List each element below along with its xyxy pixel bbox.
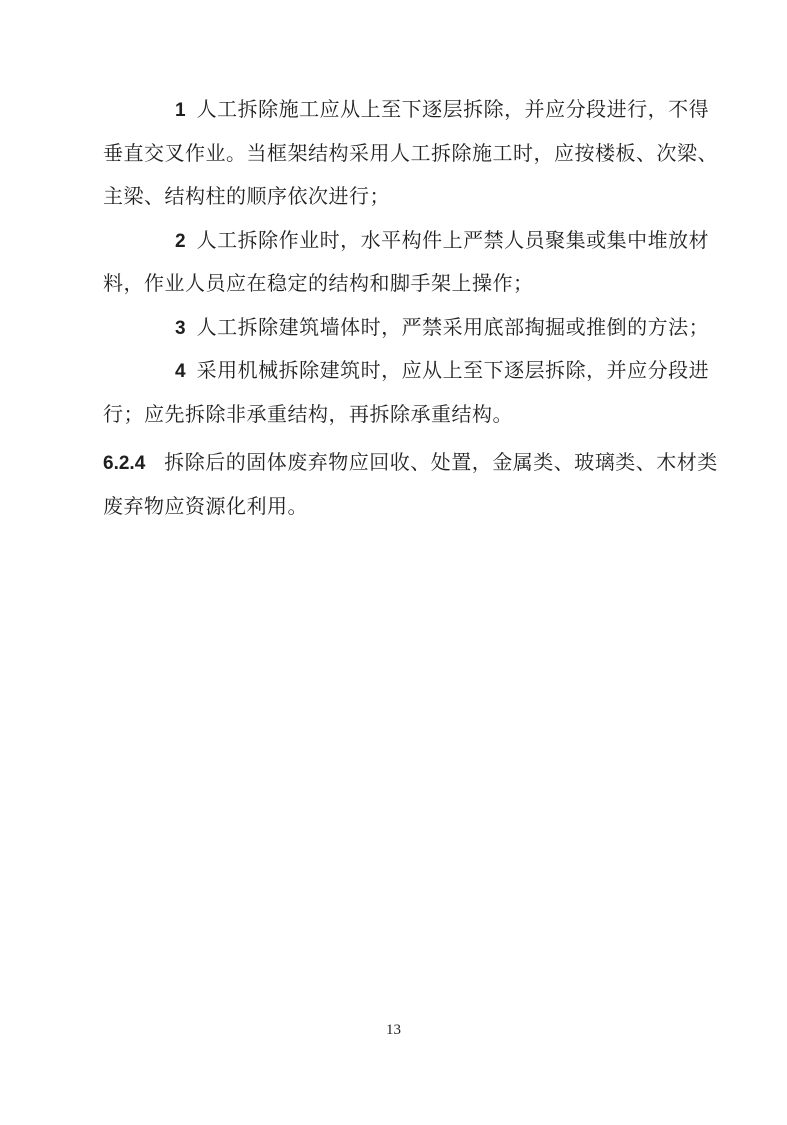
clause-number: 3: [175, 318, 186, 339]
clause-paragraph-1: 1人工拆除施工应从上至下逐层拆除，并应分段进行，不得 垂直交叉作业。当框架结构采…: [103, 89, 691, 220]
section-paragraph-6-2-4: 6.2.4拆除后的固体废弃物应回收、处置，金属类、玻璃类、木材类 废弃物应资源化…: [103, 442, 691, 529]
clause-line: 1人工拆除施工应从上至下逐层拆除，并应分段进行，不得: [103, 89, 691, 133]
clause-number: 2: [175, 231, 186, 252]
clause-number: 1: [175, 100, 186, 121]
page-number: 13: [0, 1022, 787, 1039]
document-page: 1人工拆除施工应从上至下逐层拆除，并应分段进行，不得 垂直交叉作业。当框架结构采…: [0, 0, 787, 1125]
clause-paragraph-4: 4采用机械拆除建筑时，应从上至下逐层拆除，并应分段进 行；应先拆除非承重结构，再…: [103, 350, 691, 437]
clause-line: 行；应先拆除非承重结构，再拆除承重结构。: [103, 394, 691, 438]
clause-line: 2人工拆除作业时，水平构件上严禁人员聚集或集中堆放材: [103, 220, 691, 264]
clause-paragraph-2: 2人工拆除作业时，水平构件上严禁人员聚集或集中堆放材 料，作业人员应在稳定的结构…: [103, 220, 691, 307]
document-body: 1人工拆除施工应从上至下逐层拆除，并应分段进行，不得 垂直交叉作业。当框架结构采…: [103, 89, 691, 529]
clause-line: 3人工拆除建筑墙体时，严禁采用底部掏掘或推倒的方法；: [103, 307, 691, 351]
section-line: 6.2.4拆除后的固体废弃物应回收、处置，金属类、玻璃类、木材类: [103, 442, 691, 486]
clause-line: 垂直交叉作业。当框架结构采用人工拆除施工时，应按楼板、次梁、: [103, 133, 691, 177]
clause-paragraph-3: 3人工拆除建筑墙体时，严禁采用底部掏掘或推倒的方法；: [103, 307, 691, 351]
section-text: 拆除后的固体废弃物应回收、处置，金属类、玻璃类、木材类: [164, 452, 718, 474]
clause-text: 人工拆除建筑墙体时，严禁采用底部掏掘或推倒的方法；: [197, 317, 710, 339]
clause-text: 采用机械拆除建筑时，应从上至下逐层拆除，并应分段进: [197, 360, 710, 382]
clause-line: 4采用机械拆除建筑时，应从上至下逐层拆除，并应分段进: [103, 350, 691, 394]
section-line: 废弃物应资源化利用。: [103, 486, 691, 530]
clause-text: 人工拆除作业时，水平构件上严禁人员聚集或集中堆放材: [197, 230, 710, 252]
clause-text: 人工拆除施工应从上至下逐层拆除，并应分段进行，不得: [197, 99, 710, 121]
section-number: 6.2.4: [103, 453, 145, 474]
clause-line: 主梁、结构柱的顺序依次进行；: [103, 176, 691, 220]
clause-line: 料，作业人员应在稳定的结构和脚手架上操作；: [103, 263, 691, 307]
clause-number: 4: [175, 361, 186, 382]
